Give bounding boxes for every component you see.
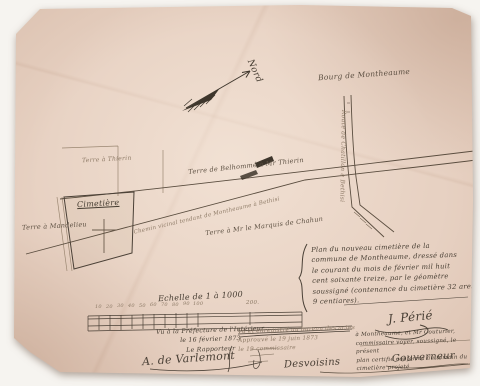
- scale-tick: 100: [193, 301, 203, 307]
- scale-tick: 80: [172, 302, 179, 308]
- scanned-plan-document: Nord Bourg de Montheaume Route de Chatil…: [0, 0, 480, 386]
- paper-sheet: Nord Bourg de Montheaume Route de Chatil…: [0, 0, 480, 386]
- scale-tick: 70: [161, 302, 168, 308]
- north-arrow-icon: [182, 71, 250, 112]
- legend-paragraph: Plan du nouveau cimetière de la commune …: [311, 239, 480, 307]
- attestation-right: à Montheaume, et Mr Couturier, commissai…: [355, 327, 478, 374]
- scale-tick: 40: [128, 303, 135, 309]
- scale-tick: 90: [183, 301, 190, 307]
- scale-far-tick: 200.: [246, 300, 259, 306]
- scale-tick: 60: [150, 302, 157, 308]
- scale-tick: 50: [139, 303, 146, 309]
- aged-paper-background: Nord Bourg de Montheaume Route de Chatil…: [0, 0, 480, 386]
- attestation-center: Vu et enregistré au bureau des actes App…: [238, 324, 357, 354]
- scale-tick: 20: [106, 304, 113, 310]
- scale-tick: 30: [117, 303, 124, 309]
- scale-tick: 10: [95, 304, 102, 310]
